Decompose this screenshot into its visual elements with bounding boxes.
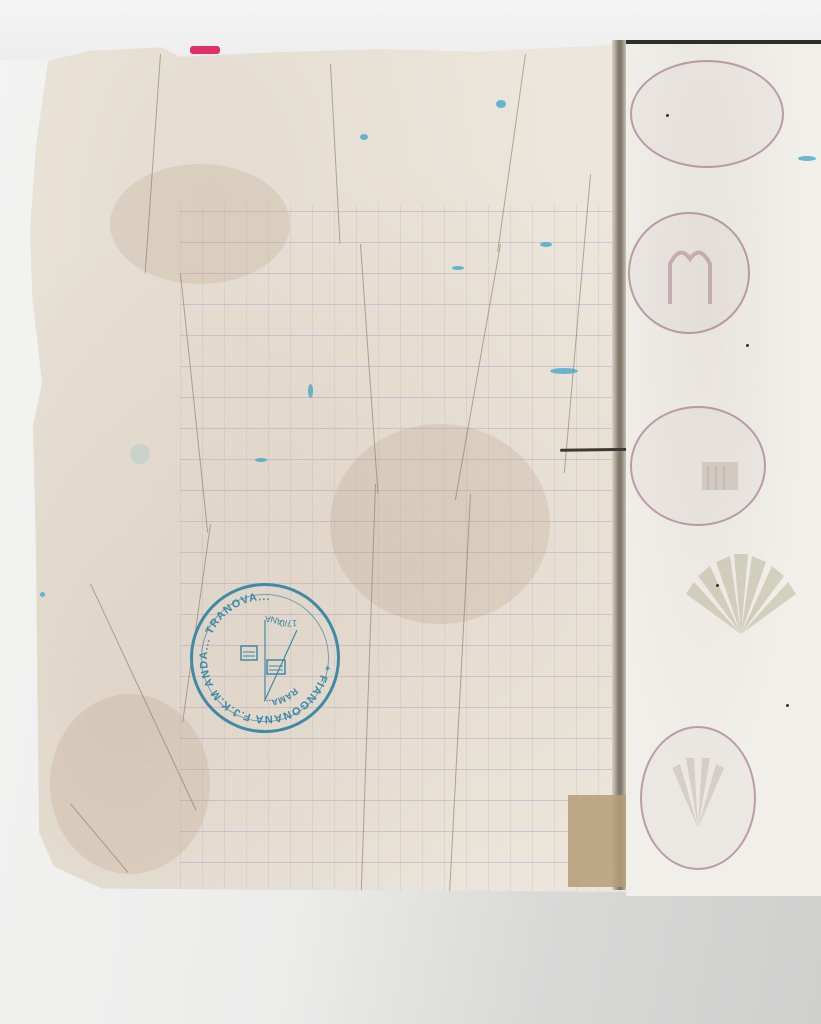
faded-circle-stamp	[640, 726, 756, 870]
blue-ink-mark	[496, 100, 506, 108]
faded-circle-stamp	[628, 212, 750, 334]
svg-text:17/0: 17/0	[279, 618, 297, 628]
traveler-palm-fan-icon	[676, 534, 806, 644]
faded-oval-stamp	[630, 60, 784, 168]
blue-ink-mark	[452, 266, 464, 270]
dust-speck	[666, 114, 669, 117]
dust-speck	[716, 584, 719, 587]
age-stain	[330, 424, 550, 624]
dust-speck	[746, 344, 749, 347]
age-stain	[50, 694, 210, 874]
faded-emblem-icon	[630, 214, 748, 332]
right-page	[626, 40, 821, 896]
blue-ink-mark	[550, 368, 578, 374]
pink-ink-mark	[190, 46, 220, 54]
stamp-emblem-icon: * FIANGONANA F.J.K.M ANDA... TRANOVA... …	[193, 586, 337, 730]
faded-palm-icon	[642, 728, 754, 868]
blue-ink-smudge	[130, 444, 150, 464]
repair-tape	[568, 795, 634, 887]
church-stamp: * FIANGONANA F.J.K.M ANDA... TRANOVA... …	[190, 583, 340, 733]
age-stain	[110, 164, 290, 284]
blue-ink-mark	[255, 458, 267, 462]
blue-ink-mark	[308, 384, 313, 398]
left-page	[30, 44, 630, 892]
faded-oval-stamp	[630, 406, 766, 526]
blue-ink-mark	[360, 134, 368, 140]
blue-ink-mark	[40, 592, 45, 597]
faded-building-icon	[632, 408, 764, 524]
blue-ink-mark	[540, 242, 552, 247]
dust-speck	[786, 704, 789, 707]
blue-ink-mark	[798, 156, 816, 161]
